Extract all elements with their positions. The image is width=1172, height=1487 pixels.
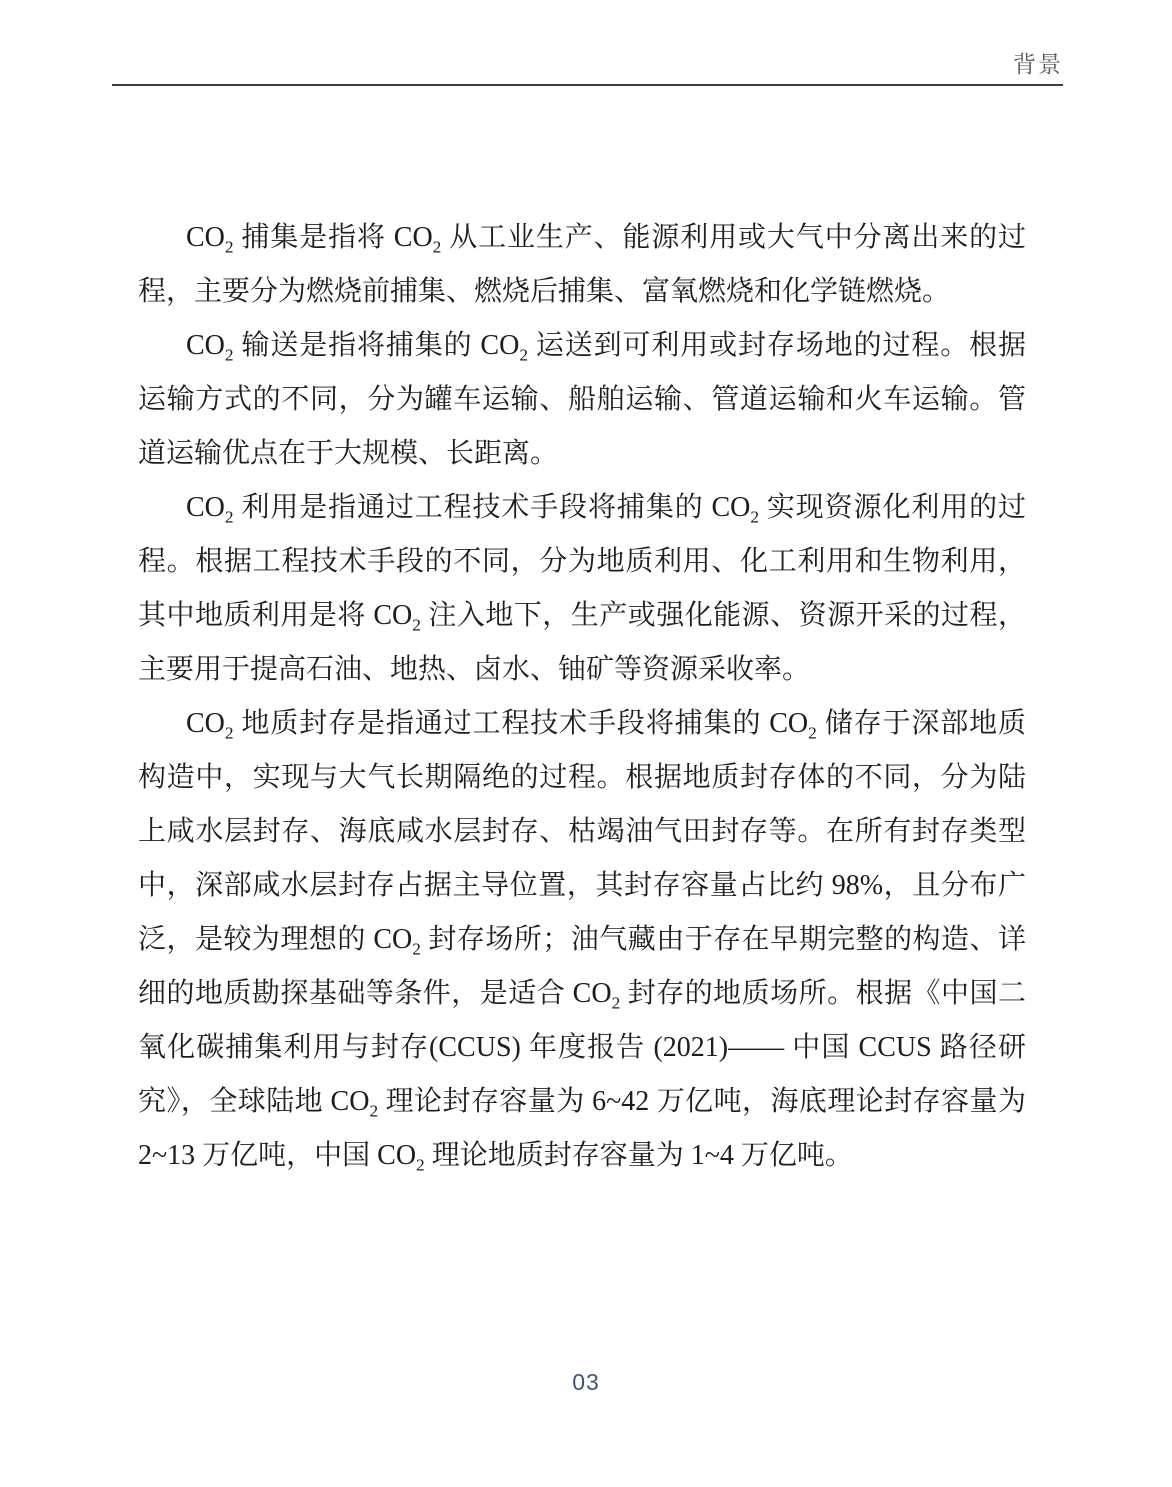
page-footer: 03 [0,1368,1172,1396]
paragraph-co2-capture: CO2 捕集是指将 CO2 从工业生产、能源利用或大气中分离出来的过程，主要分为… [138,211,1026,319]
paragraph-co2-transport: CO2 输送是指将捕集的 CO2 运送到可利用或封存场地的过程。根据运输方式的不… [138,319,1026,481]
header-title: 背景 [1013,52,1063,77]
paragraph-co2-geological-storage: CO2 地质封存是指通过工程技术手段将捕集的 CO2 储存于深部地质构造中，实现… [138,697,1026,1183]
paragraph-co2-utilization: CO2 利用是指通过工程技术手段将捕集的 CO2 实现资源化利用的过程。根据工程… [138,481,1026,697]
page-number: 03 [572,1369,600,1395]
header-rule [112,84,1063,86]
document-page: 背景 CO2 捕集是指将 CO2 从工业生产、能源利用或大气中分离出来的过程，主… [0,0,1172,1487]
running-header: 背景 [112,50,1063,80]
body-text: CO2 捕集是指将 CO2 从工业生产、能源利用或大气中分离出来的过程，主要分为… [138,211,1026,1183]
